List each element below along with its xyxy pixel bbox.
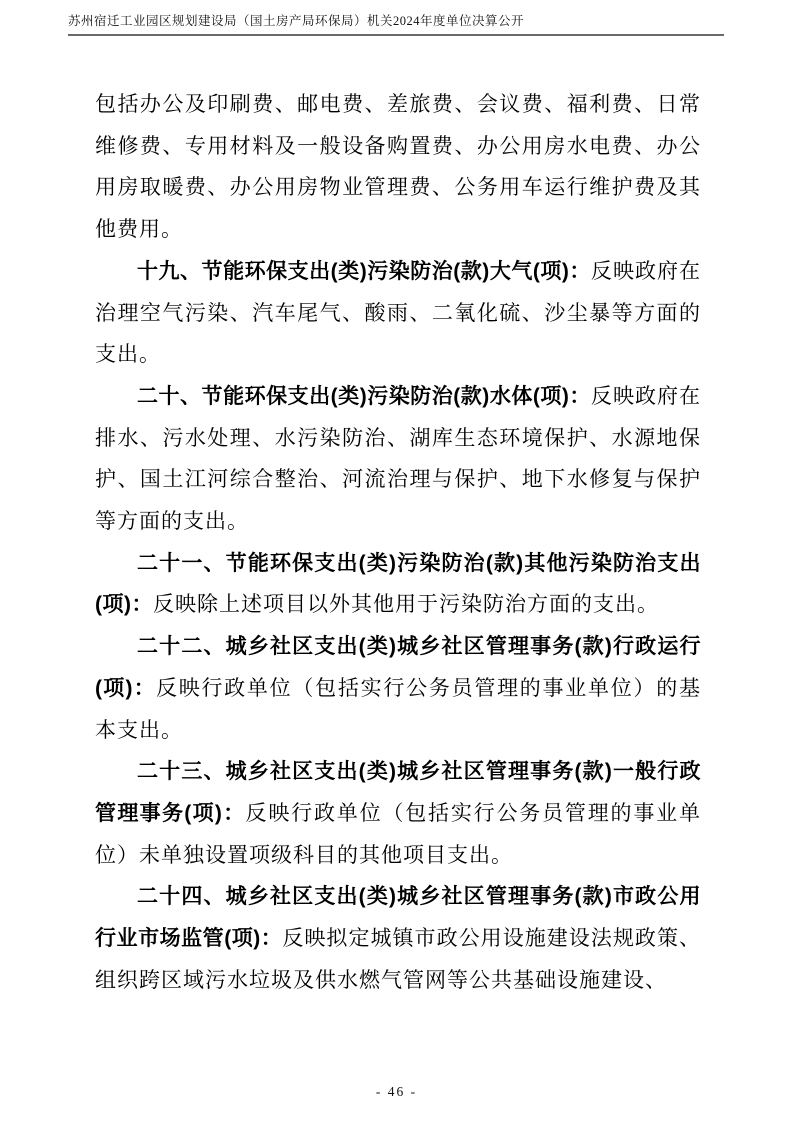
paragraph-text: 包括办公及印刷费、邮电费、差旅费、会议费、福利费、日常维修费、专用材料及一般设备… (95, 92, 701, 241)
page-number-label: - 46 - (376, 1084, 417, 1099)
paragraph-text: 反映行政单位（包括实行公务员管理的事业单位）的基本支出。 (95, 676, 701, 742)
paragraph: 二十三、城乡社区支出(类)城乡社区管理事务(款)一般行政管理事务(项)：反映行政… (95, 751, 701, 876)
paragraph-lead: 十九、节能环保支出(类)污染防治(款)大气(项)： (137, 260, 591, 283)
paragraph: 二十四、城乡社区支出(类)城乡社区管理事务(款)市政公用行业市场监管(项)：反映… (95, 876, 701, 1001)
document-title: 苏州宿迁工业园区规划建设局（国土房产局环保局）机关2024年度单位决算公开 (68, 14, 524, 28)
paragraph: 二十二、城乡社区支出(类)城乡社区管理事务(款)行政运行(项)：反映行政单位（包… (95, 626, 701, 751)
running-header: 苏州宿迁工业园区规划建设局（国土房产局环保局）机关2024年度单位决算公开 (68, 13, 724, 36)
document-body: 包括办公及印刷费、邮电费、差旅费、会议费、福利费、日常维修费、专用材料及一般设备… (95, 84, 701, 1001)
paragraph: 十九、节能环保支出(类)污染防治(款)大气(项)：反映政府在治理空气污染、汽车尾… (95, 251, 701, 376)
document-page: 苏州宿迁工业园区规划建设局（国土房产局环保局）机关2024年度单位决算公开 包括… (0, 0, 793, 1122)
paragraph-text: 反映除上述项目以外其他用于污染防治方面的支出。 (153, 592, 659, 616)
page-number: - 46 - (0, 1084, 793, 1100)
paragraph: 二十一、节能环保支出(类)污染防治(款)其他污染防治支出(项)：反映除上述项目以… (95, 543, 701, 626)
paragraph: 包括办公及印刷费、邮电费、差旅费、会议费、福利费、日常维修费、专用材料及一般设备… (95, 84, 701, 251)
paragraph: 二十、节能环保支出(类)污染防治(款)水体(项)：反映政府在排水、污水处理、水污… (95, 376, 701, 543)
paragraph-lead: 二十、节能环保支出(类)污染防治(款)水体(项)： (137, 385, 591, 408)
